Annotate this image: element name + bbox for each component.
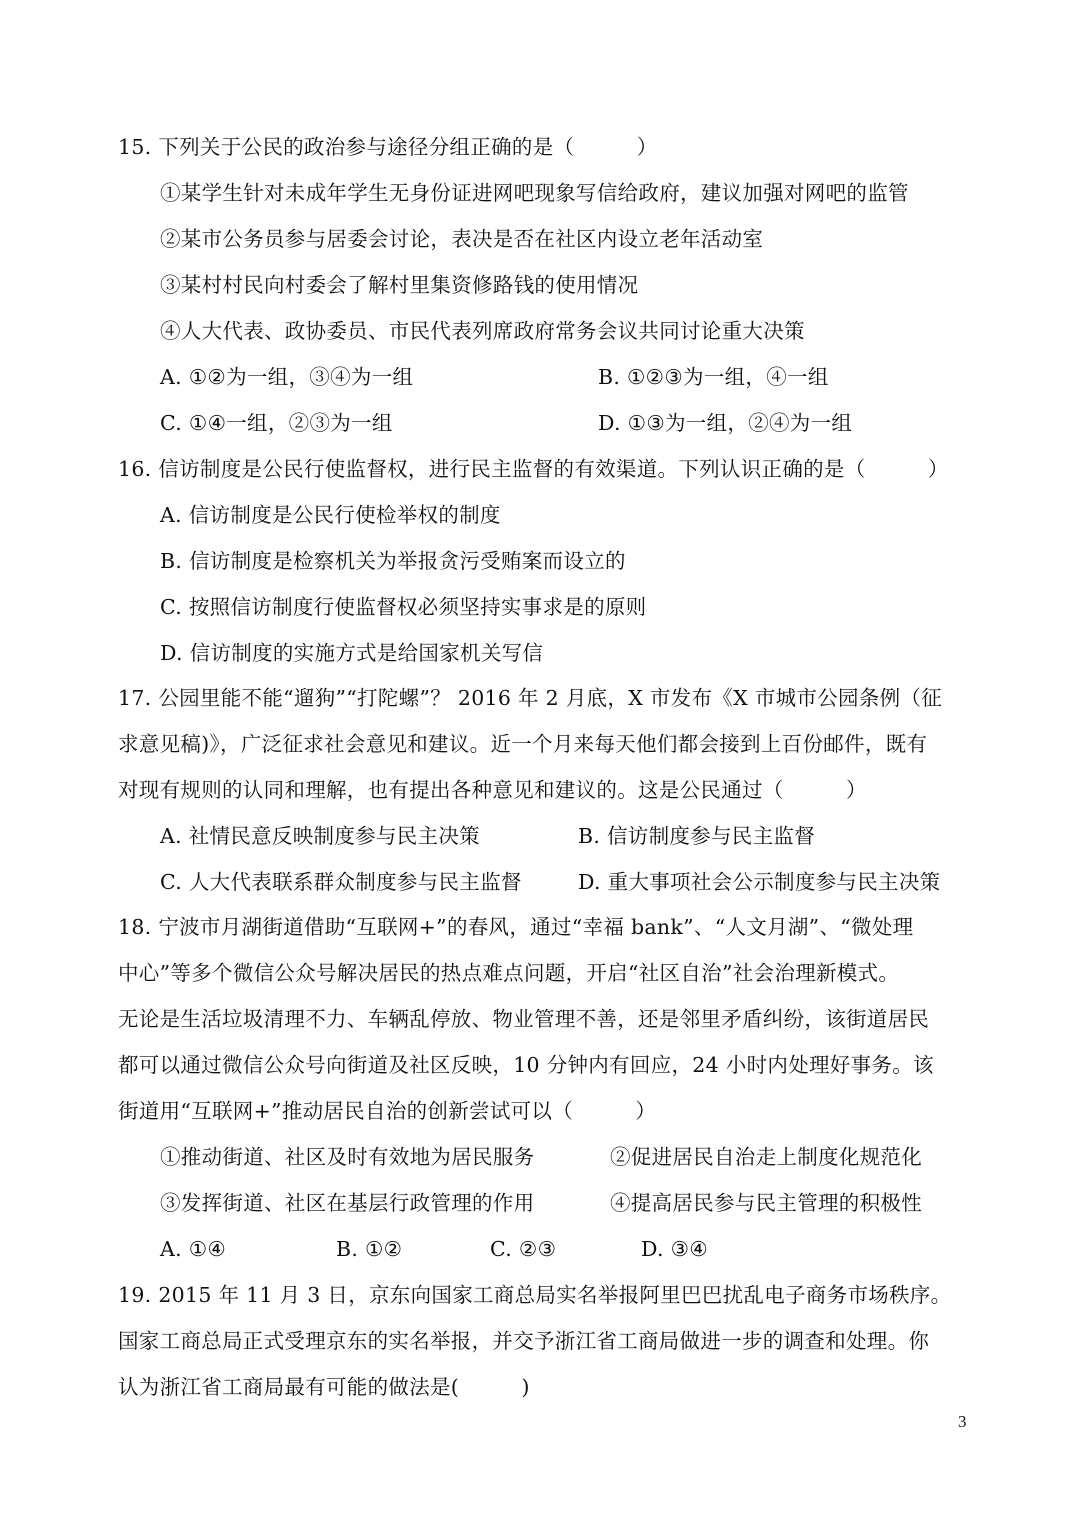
question-18-stem-line-5: 街道用“互联网+”推动居民自治的创新尝试可以（ ） xyxy=(118,1097,656,1125)
question-17-option-c: C. 人大代表联系群众制度参与民主监督 xyxy=(160,868,522,896)
question-15-option-d: D. ①③为一组，②④为一组 xyxy=(598,409,852,437)
page-number: 3 xyxy=(958,1412,967,1432)
question-18-stem-line-3: 无论是生活垃圾清理不力、车辆乱停放、物业管理不善，还是邻里矛盾纠纷，该街道居民 xyxy=(118,1005,929,1033)
question-18-item-4: ④提高居民参与民主管理的积极性 xyxy=(610,1189,922,1217)
question-16-stem: 16. 信访制度是公民行使监督权，进行民主监督的有效渠道。下列认识正确的是（ ） xyxy=(118,455,949,483)
question-17-option-b: B. 信访制度参与民主监督 xyxy=(578,822,815,850)
question-18-option-d: D. ③④ xyxy=(641,1235,708,1263)
question-15-item-3: ③某村村民向村委会了解村里集资修路钱的使用情况 xyxy=(160,271,638,299)
exam-page: 15. 下列关于公民的政治参与途径分组正确的是（ ） ①某学生针对未成年学生无身… xyxy=(0,0,1087,1536)
question-18-stem-line-2: 中心”等多个微信公众号解决居民的热点难点问题，开启“社区自治”社会治理新模式。 xyxy=(118,959,899,987)
question-18-option-b: B. ①② xyxy=(336,1235,402,1263)
question-18-item-3: ③发挥街道、社区在基层行政管理的作用 xyxy=(160,1189,534,1217)
question-17-option-d: D. 重大事项社会公示制度参与民主决策 xyxy=(578,868,940,896)
question-18-option-a: A. ①④ xyxy=(160,1235,226,1263)
question-15-item-2: ②某市公务员参与居委会讨论，表决是否在社区内设立老年活动室 xyxy=(160,225,763,253)
question-18-item-1: ①推动街道、社区及时有效地为居民服务 xyxy=(160,1143,534,1171)
question-15-option-c: C. ①④一组，②③为一组 xyxy=(160,409,393,437)
question-18-stem-line-1: 18. 宁波市月湖街道借助“互联网+”的春风，通过“幸福 bank”、“人文月湖… xyxy=(118,913,913,941)
question-19-stem-line-2: 国家工商总局正式受理京东的实名举报，并交予浙江省工商局做进一步的调查和处理。你 xyxy=(118,1327,929,1355)
question-15-option-a: A. ①②为一组，③④为一组 xyxy=(160,363,413,391)
question-16-option-c: C. 按照信访制度行使监督权必须坚持实事求是的原则 xyxy=(160,593,647,621)
question-15-stem: 15. 下列关于公民的政治参与途径分组正确的是（ ） xyxy=(118,133,658,161)
question-19-stem-line-1: 19. 2015 年 11 月 3 日，京东向国家工商总局实名举报阿里巴巴扰乱电… xyxy=(118,1281,951,1309)
question-16-option-d: D. 信访制度的实施方式是给国家机关写信 xyxy=(160,639,543,667)
question-15-option-b: B. ①②③为一组，④一组 xyxy=(598,363,829,391)
question-18-stem-line-4: 都可以通过微信公众号向街道及社区反映，10 分钟内有回应，24 小时内处理好事务… xyxy=(118,1051,934,1079)
question-15-item-1: ①某学生针对未成年学生无身份证进网吧现象写信给政府，建议加强对网吧的监管 xyxy=(160,179,909,207)
question-18-item-2: ②促进居民自治走上制度化规范化 xyxy=(610,1143,922,1171)
question-19-stem-line-3: 认为浙江省工商局最有可能的做法是( ) xyxy=(118,1373,530,1401)
question-15-item-4: ④人大代表、政协委员、市民代表列席政府常务会议共同讨论重大决策 xyxy=(160,317,805,345)
question-17-option-a: A. 社情民意反映制度参与民主决策 xyxy=(160,822,480,850)
question-18-option-c: C. ②③ xyxy=(490,1235,556,1263)
question-17-stem-line-3: 对现有规则的认同和理解，也有提出各种意见和建议的。这是公民通过（ ） xyxy=(118,776,867,804)
question-16-option-a: A. 信访制度是公民行使检举权的制度 xyxy=(160,501,501,529)
question-17-stem-line-1: 17. 公园里能不能“遛狗”“打陀螺”？ 2016 年 2 月底，X 市发布《X… xyxy=(118,684,942,712)
question-17-stem-line-2: 求意见稿)》，广泛征求社会意见和建议。近一个月来每天他们都会接到上百份邮件，既有 xyxy=(118,730,927,758)
question-16-option-b: B. 信访制度是检察机关为举报贪污受贿案而设立的 xyxy=(160,547,626,575)
